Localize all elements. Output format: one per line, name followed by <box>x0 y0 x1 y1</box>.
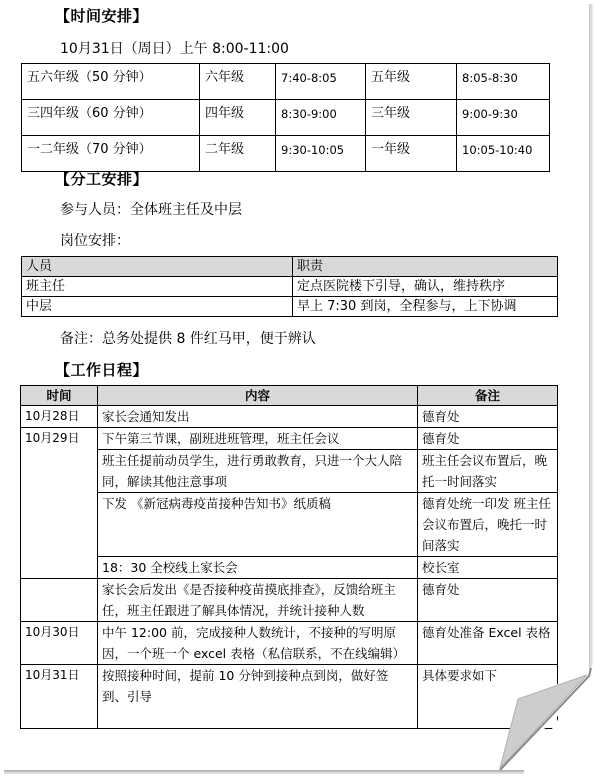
table-row: 10月30日 中午 12:00 前，完成接种人数统计，不接种的写明原因，一个班一… <box>21 622 558 665</box>
table-row: 班主任 定点医院楼下引导，确认，维持秩序 <box>22 277 558 297</box>
table-row: 家长会后发出《是否接种疫苗摸底排查》，反馈给班主任，班主任跟进了解具体情况，并统… <box>21 579 558 622</box>
time-cell: 10:05-10:40 <box>457 136 550 172</box>
positions-label: 岗位安排： <box>60 230 130 250</box>
time-schedule-table: 五六年级（50 分钟） 六年级 7:40-8:05 五年级 8:05-8:30 … <box>21 63 550 172</box>
participants-text: 参与人员：全体班主任及中层 <box>60 199 242 219</box>
date-cell: 10月29日 <box>21 428 98 579</box>
content-cell: 按照接种时间，提前 10 分钟到接种点到岗，做好签到、引导 <box>98 665 418 729</box>
table-row: 10月29日 下午第三节课，副班进班管理，班主任会议 德育处 <box>21 428 558 450</box>
date-cell: 10月28日 <box>21 406 98 428</box>
table-row: 18：30 全校线上家长会 校长室 <box>21 557 558 579</box>
grade-group-cell: 五六年级（50 分钟） <box>22 64 200 100</box>
grade-cell: 三年级 <box>366 100 457 136</box>
grade-cell: 四年级 <box>200 100 276 136</box>
time-cell: 9:00-9:30 <box>457 100 550 136</box>
time-cell: 8:30-9:00 <box>276 100 366 136</box>
work-schedule-table: 时间 内容 备注 10月28日 家长会通知发出 德育处 10月29日 下午第三节… <box>20 385 558 729</box>
table-header-row: 时间 内容 备注 <box>21 386 558 406</box>
grade-group-cell: 一二年级（70 分钟） <box>22 136 200 172</box>
table-header-row: 人员 职责 <box>22 257 558 277</box>
content-cell: 班主任提前动员学生，进行勇敢教育，只进一个大人陪同，解读其他注意事项 <box>98 450 418 493</box>
note-cell: 德育处 <box>418 428 558 450</box>
note-cell: 德育处统一印发 班主任会议布置后，晚托一时间落实 <box>418 493 558 557</box>
table-row: 10月31日 按照接种时间，提前 10 分钟到接种点到岗，做好签到、引导 具体要… <box>21 665 558 729</box>
table-row: 三四年级（60 分钟） 四年级 8:30-9:00 三年级 9:00-9:30 <box>22 100 550 136</box>
table-row: 五六年级（50 分钟） 六年级 7:40-8:05 五年级 8:05-8:30 <box>22 64 550 100</box>
work-heading: 【工作日程】 <box>55 359 148 380</box>
grade-group-cell: 三四年级（60 分钟） <box>22 100 200 136</box>
column-header: 职责 <box>293 257 558 277</box>
grade-cell: 一年级 <box>366 136 457 172</box>
page-shadow-bottom <box>4 770 524 774</box>
content-cell: 中午 12:00 前，完成接种人数统计，不接种的写明原因，一个班一个 excel… <box>98 622 418 665</box>
duty-cell: 定点医院楼下引导，确认，维持秩序 <box>293 277 558 297</box>
time-cell: 8:05-8:30 <box>457 64 550 100</box>
grade-cell: 五年级 <box>366 64 457 100</box>
content-cell: 家长会通知发出 <box>98 406 418 428</box>
date-cell: 10月31日 <box>21 665 98 729</box>
column-header: 时间 <box>21 386 98 406</box>
note-text: 备注：总务处提供 8 件红马甲，便于辨认 <box>60 328 316 348</box>
note-cell: 德育处 <box>418 579 558 622</box>
column-header: 内容 <box>98 386 418 406</box>
schedule-heading: 【时间安排】 <box>55 5 148 26</box>
document-page: 【时间安排】 10月31日（周日）上午 8:00-11:00 五六年级（50 分… <box>0 0 589 770</box>
schedule-date: 10月31日（周日）上午 8:00-11:00 <box>60 38 289 58</box>
table-row: 中层 早上 7:30 到岗，全程参与，上下协调 <box>22 297 558 317</box>
column-header: 人员 <box>22 257 293 277</box>
grade-cell: 六年级 <box>200 64 276 100</box>
person-cell: 班主任 <box>22 277 293 297</box>
table-row: 10月28日 家长会通知发出 德育处 <box>21 406 558 428</box>
note-cell: 班主任会议布置后，晚托一时间落实 <box>418 450 558 493</box>
duty-cell: 早上 7:30 到岗，全程参与，上下协调 <box>293 297 558 317</box>
note-cell: 校长室 <box>418 557 558 579</box>
division-heading: 【分工安排】 <box>55 168 148 189</box>
date-cell: 10月30日 <box>21 622 98 665</box>
time-cell: 9:30-10:05 <box>276 136 366 172</box>
person-cell: 中层 <box>22 297 293 317</box>
note-cell: 德育处 <box>418 406 558 428</box>
content-cell: 下发 《新冠病毒疫苗接种告知书》纸质稿 <box>98 493 418 557</box>
grade-cell: 二年级 <box>200 136 276 172</box>
table-row: 下发 《新冠病毒疫苗接种告知书》纸质稿 德育处统一印发 班主任会议布置后，晚托一… <box>21 493 558 557</box>
content-cell: 下午第三节课，副班进班管理，班主任会议 <box>98 428 418 450</box>
note-cell: 德育处准备 Excel 表格 <box>418 622 558 665</box>
content-cell: 18：30 全校线上家长会 <box>98 557 418 579</box>
duty-table: 人员 职责 班主任 定点医院楼下引导，确认，维持秩序 中层 早上 7:30 到岗… <box>21 256 558 317</box>
content-cell: 家长会后发出《是否接种疫苗摸底排查》，反馈给班主任，班主任跟进了解具体情况，并统… <box>98 579 418 622</box>
column-header: 备注 <box>418 386 558 406</box>
note-cell: 具体要求如下 <box>418 665 558 729</box>
date-cell <box>21 579 98 622</box>
page-shadow-right <box>589 4 593 772</box>
table-row: 一二年级（70 分钟） 二年级 9:30-10:05 一年级 10:05-10:… <box>22 136 550 172</box>
table-row: 班主任提前动员学生，进行勇敢教育，只进一个大人陪同，解读其他注意事项 班主任会议… <box>21 450 558 493</box>
time-cell: 7:40-8:05 <box>276 64 366 100</box>
